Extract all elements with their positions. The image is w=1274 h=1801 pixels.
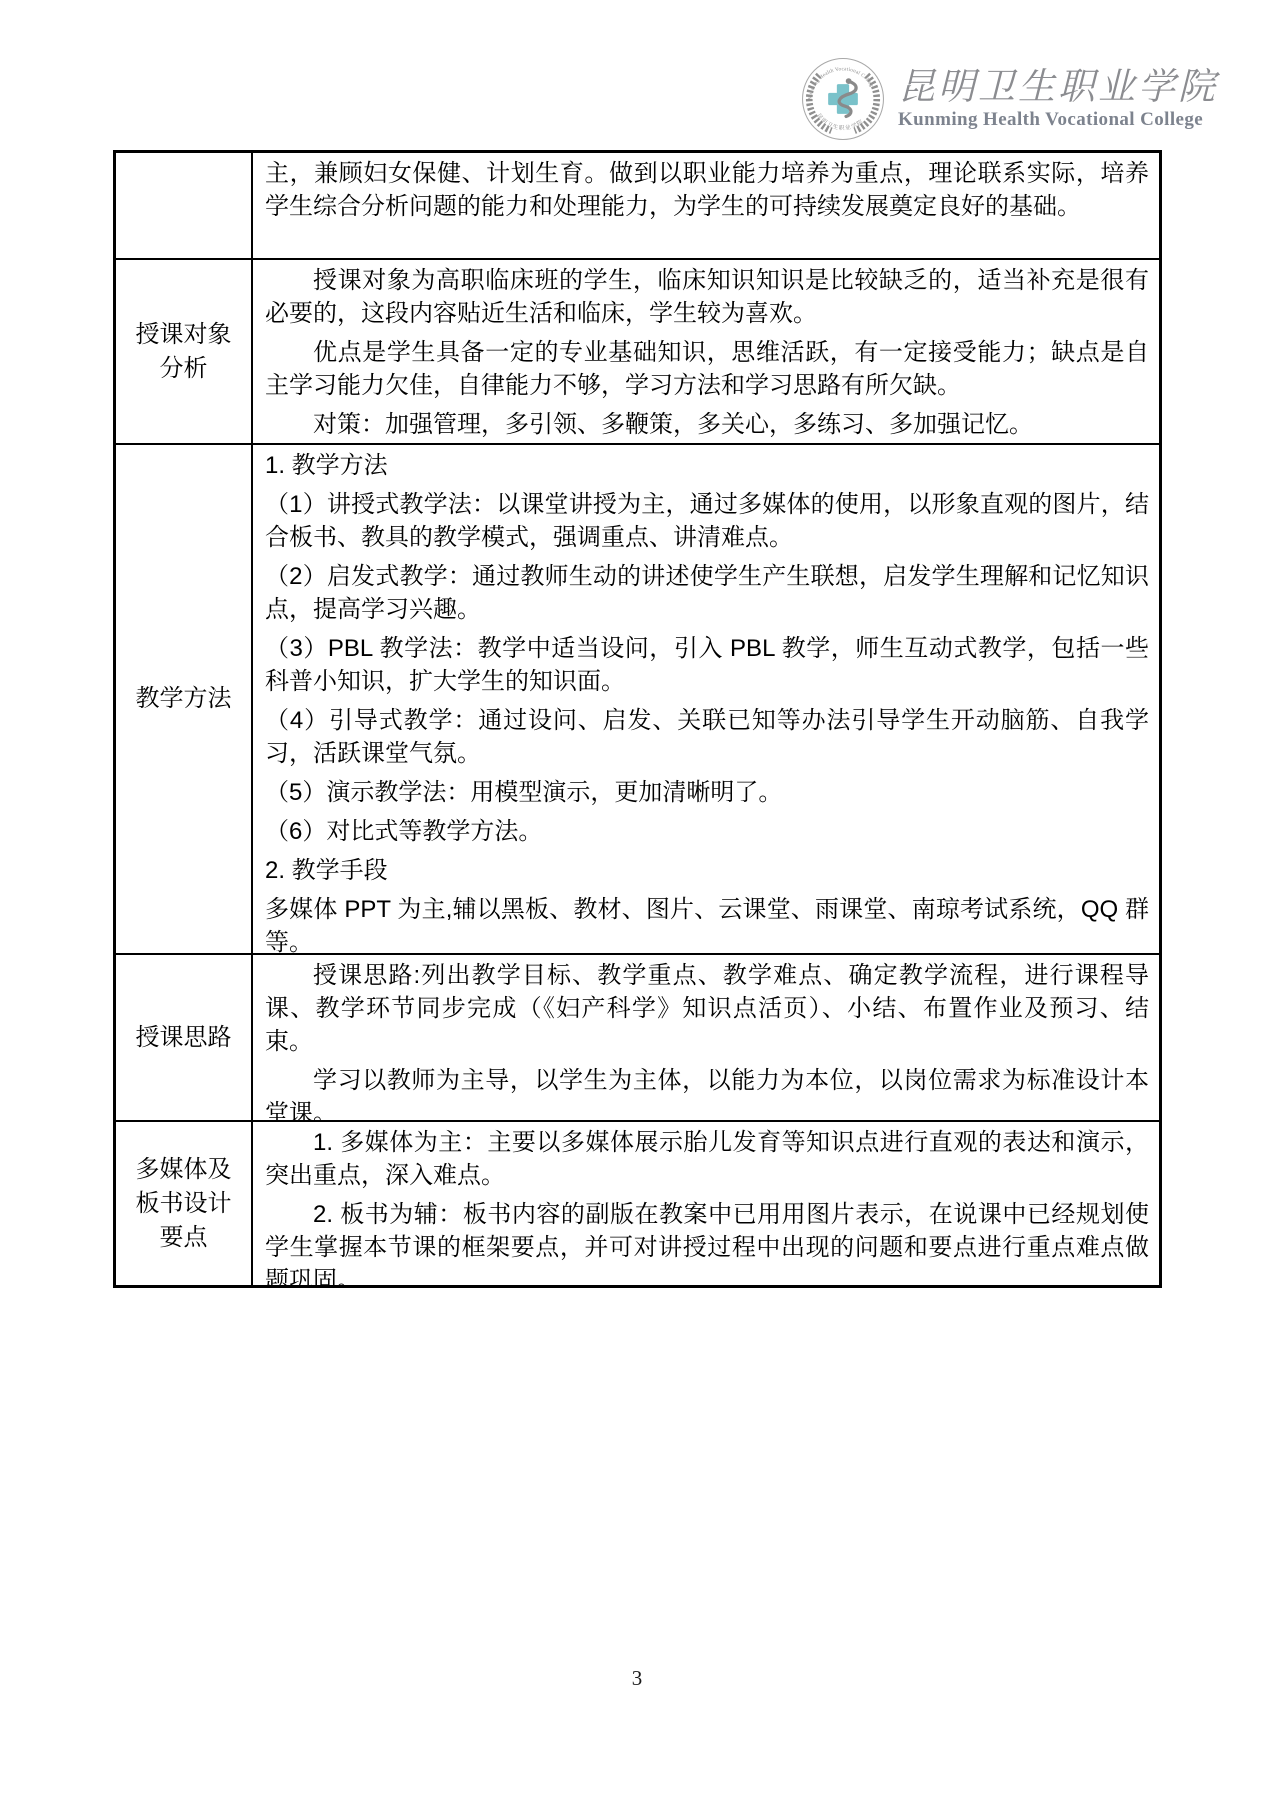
table-row-audience-analysis: 授课对象 分析 授课对象为高职临床班的学生，临床知识知识是比较缺乏的，适当补充是…	[116, 258, 1159, 443]
header-logo: Kunming Health Vocational College 昆明卫生职业…	[801, 57, 1218, 141]
table-row-teaching-approach: 授课思路 授课思路:列出教学目标、教学重点、教学难点、确定教学流程，进行课程导课…	[116, 953, 1159, 1120]
paragraph: （3）PBL 教学法：教学中适当设问，引入 PBL 教学，师生互动式教学，包括一…	[265, 632, 1149, 698]
college-name-cn: 昆明卫生职业学院	[898, 65, 1218, 109]
row-header-audience-analysis: 授课对象 分析	[116, 260, 253, 443]
table-row-teaching-methods: 教学方法 1. 教学方法 （1）讲授式教学法：以课堂讲授为主，通过多媒体的使用，…	[116, 443, 1159, 953]
paragraph: 多媒体 PPT 为主,辅以黑板、教材、图片、云课堂、雨课堂、南琼考试系统，QQ …	[265, 893, 1149, 953]
paragraph: 1. 多媒体为主：主要以多媒体展示胎儿发育等知识点进行直观的表达和演示，突出重点…	[265, 1126, 1149, 1192]
paragraph: （5）演示教学法：用模型演示，更加清晰明了。	[265, 776, 1149, 809]
row-header-empty	[116, 153, 253, 258]
paragraph: 优点是学生具备一定的专业基础知识，思维活跃，有一定接受能力；缺点是自主学习能力欠…	[265, 336, 1149, 402]
paragraph: （1）讲授式教学法：以课堂讲授为主，通过多媒体的使用，以形象直观的图片，结合板书…	[265, 488, 1149, 554]
page-number: 3	[0, 1666, 1274, 1691]
college-name-block: 昆明卫生职业学院 Kunming Health Vocational Colle…	[898, 57, 1218, 131]
paragraph: 授课对象为高职临床班的学生，临床知识知识是比较缺乏的，适当补充是很有必要的，这段…	[265, 264, 1149, 330]
row-header-multimedia-board: 多媒体及 板书设计 要点	[116, 1122, 253, 1285]
paragraph: 主，兼顾妇女保健、计划生育。做到以职业能力培养为重点，理论联系实际，培养学生综合…	[265, 157, 1149, 223]
row-content: 1. 教学方法 （1）讲授式教学法：以课堂讲授为主，通过多媒体的使用，以形象直观…	[253, 445, 1159, 953]
college-name-en: Kunming Health Vocational College	[898, 109, 1218, 131]
paragraph: 对策：加强管理，多引领、多鞭策，多关心，多练习、多加强记忆。	[265, 408, 1149, 441]
paragraph: 授课思路:列出教学目标、教学重点、教学难点、确定教学流程，进行课程导课、教学环节…	[265, 959, 1149, 1058]
teaching-plan-table: 主，兼顾妇女保健、计划生育。做到以职业能力培养为重点，理论联系实际，培养学生综合…	[113, 150, 1162, 1288]
row-content: 主，兼顾妇女保健、计划生育。做到以职业能力培养为重点，理论联系实际，培养学生综合…	[253, 153, 1159, 258]
paragraph: 1. 教学方法	[265, 449, 1149, 482]
row-header-teaching-approach: 授课思路	[116, 955, 253, 1120]
row-content: 授课对象为高职临床班的学生，临床知识知识是比较缺乏的，适当补充是很有必要的，这段…	[253, 260, 1159, 443]
paragraph: 学习以教师为主导，以学生为主体，以能力为本位，以岗位需求为标准设计本堂课。	[265, 1064, 1149, 1120]
college-seal-icon: Kunming Health Vocational College 昆明卫生职业…	[801, 57, 885, 141]
paragraph: （2）启发式教学：通过教师生动的讲述使学生产生联想，启发学生理解和记忆知识点，提…	[265, 560, 1149, 626]
table-row-multimedia-board: 多媒体及 板书设计 要点 1. 多媒体为主：主要以多媒体展示胎儿发育等知识点进行…	[116, 1120, 1159, 1285]
paragraph: （4）引导式教学：通过设问、启发、关联已知等办法引导学生开动脑筋、自我学习，活跃…	[265, 704, 1149, 770]
table-row-continuation: 主，兼顾妇女保健、计划生育。做到以职业能力培养为重点，理论联系实际，培养学生综合…	[116, 153, 1159, 258]
row-header-teaching-methods: 教学方法	[116, 445, 253, 953]
paragraph: 2. 教学手段	[265, 854, 1149, 887]
row-content: 授课思路:列出教学目标、教学重点、教学难点、确定教学流程，进行课程导课、教学环节…	[253, 955, 1159, 1120]
paragraph: （6）对比式等教学方法。	[265, 815, 1149, 848]
paragraph: 2. 板书为辅：板书内容的副版在教案中已用用图片表示，在说课中已经规划使学生掌握…	[265, 1198, 1149, 1285]
row-content: 1. 多媒体为主：主要以多媒体展示胎儿发育等知识点进行直观的表达和演示，突出重点…	[253, 1122, 1159, 1285]
document-page: Kunming Health Vocational College 昆明卫生职业…	[0, 0, 1274, 1801]
